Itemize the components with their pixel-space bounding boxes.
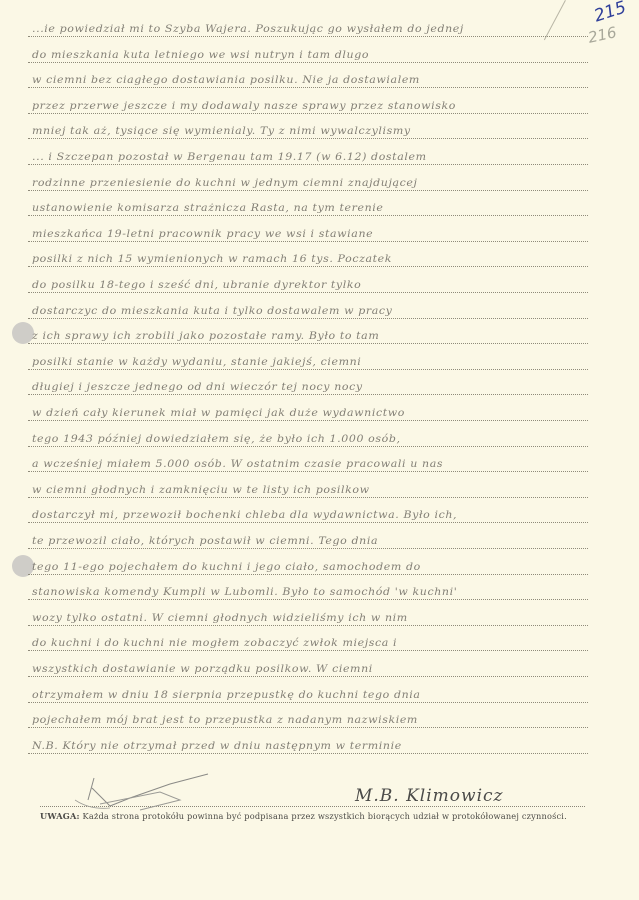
ruled-line (28, 676, 588, 677)
page-number-stamp: 215 (592, 0, 629, 27)
ruled-line (28, 702, 588, 703)
ruled-line (28, 164, 588, 165)
handwritten-line: dostarczył mi, przewoził bochenki chleba… (28, 500, 588, 526)
handwritten-text: do mieszkania kuta letniego we wsi nutry… (32, 48, 369, 60)
handwritten-line: przez przerwe jeszcze i my dodawaly nasz… (28, 91, 588, 117)
ruled-line (28, 292, 588, 293)
ruled-line (28, 138, 588, 139)
ruled-line (28, 113, 588, 114)
handwritten-text: posilki z nich 15 wymienionych w ramach … (32, 253, 392, 265)
handwritten-text: wozy tylko ostatni. W ciemni głodnych wi… (32, 611, 408, 623)
handwritten-line: N.B. Który nie otrzymał przed w dniu nas… (28, 731, 588, 757)
handwritten-text: w dzień cały kierunek miał w pamięci jak… (32, 407, 405, 419)
handwritten-text: mniej tak aż, tysiące się wymienialy. Ty… (32, 125, 411, 137)
footer-note-text: Każda strona protokółu powinna być podpi… (83, 811, 567, 821)
handwritten-text: otrzymałem w dniu 18 sierpnia przepustkę… (32, 688, 421, 700)
handwritten-text: rodzinne przeniesienie do kuchni w jedny… (32, 176, 418, 188)
handwritten-line: posilki stanie w każdy wydaniu, stanie j… (28, 347, 588, 373)
handwritten-line: w ciemni bez ciagłego dostawiania posilk… (28, 65, 588, 91)
ruled-line (28, 190, 588, 191)
ruled-line (28, 266, 588, 267)
handwritten-line: pojechałem mój brat jest to przepustka z… (28, 705, 588, 731)
handwritten-line: wozy tylko ostatni. W ciemni głodnych wi… (28, 603, 588, 629)
ruled-line (28, 87, 588, 88)
handwritten-text: ... i Szczepan pozostał w Bergenau tam 1… (32, 151, 427, 163)
handwritten-text: ustanowienie komisarza strażnicza Rasta,… (32, 202, 384, 214)
right-signature: M.B. Klimowicz (355, 786, 504, 806)
ruled-line (28, 522, 588, 523)
ruled-line (28, 318, 588, 319)
ruled-line (28, 369, 588, 370)
handwritten-text: tego 1943 później dowiedziałem się, że b… (32, 432, 401, 444)
handwritten-text: te przewozil ciało, których postawił w c… (32, 535, 378, 547)
handwritten-text: tego 11-ego pojechałem do kuchni i jego … (32, 560, 421, 572)
handwritten-line: do kuchni i do kuchni nie mogłem zobaczy… (28, 628, 588, 654)
handwritten-line: wszystkich dostawianie w porządku posilk… (28, 654, 588, 680)
handwritten-line: tego 11-ego pojechałem do kuchni i jego … (28, 552, 588, 578)
ruled-line (28, 599, 588, 600)
ruled-line (28, 625, 588, 626)
handwritten-text: mieszkańca 19-letni pracownik pracy we w… (32, 227, 373, 239)
handwritten-line: te przewozil ciało, których postawił w c… (28, 526, 588, 552)
ruled-line (28, 727, 588, 728)
handwritten-line: długiej i jeszcze jednego od dni wieczór… (28, 372, 588, 398)
handwritten-line: posilki z nich 15 wymienionych w ramach … (28, 244, 588, 270)
footer-note-label: UWAGA: (40, 811, 80, 821)
handwritten-text: do posilku 18-tego i sześć dni, ubranie … (32, 279, 361, 291)
handwritten-line: tego 1943 później dowiedziałem się, że b… (28, 424, 588, 450)
page-number-pencil: 216 (586, 23, 618, 47)
handwritten-text: dostarczył mi, przewoził bochenki chleba… (32, 509, 457, 521)
handwritten-text: stanowiska komendy Kumpli w Lubomli. Był… (32, 586, 457, 598)
ruled-line (28, 215, 588, 216)
handwritten-text: w ciemni głodnych i zamknięciu w te list… (32, 483, 370, 495)
handwritten-text: N.B. Który nie otrzymał przed w dniu nas… (32, 739, 402, 751)
ruled-line (28, 497, 588, 498)
handwritten-line: stanowiska komendy Kumpli w Lubomli. Był… (28, 577, 588, 603)
handwritten-text: długiej i jeszcze jednego od dni wieczór… (32, 381, 363, 393)
ruled-line (28, 650, 588, 651)
handwritten-line: z ich sprawy ich zrobili jako pozostałe … (28, 321, 588, 347)
handwritten-text: a wcześniej miałem 5.000 osób. W ostatni… (32, 458, 443, 470)
handwritten-text: wszystkich dostawianie w porządku posilk… (32, 663, 373, 675)
ruled-line (28, 62, 588, 63)
ruled-line (28, 241, 588, 242)
handwritten-line: do posilku 18-tego i sześć dni, ubranie … (28, 270, 588, 296)
handwritten-text: dostarczyc do mieszkania kuta i tylko do… (32, 304, 392, 316)
handwritten-text: do kuchni i do kuchni nie mogłem zobaczy… (32, 637, 397, 649)
handwritten-text: ...ie powiedział mi to Szyba Wajera. Pos… (32, 23, 464, 35)
ruled-line (28, 446, 588, 447)
handwritten-line: do mieszkania kuta letniego we wsi nutry… (28, 40, 588, 66)
handwritten-text: pojechałem mój brat jest to przepustka z… (32, 714, 418, 726)
ruled-line (28, 471, 588, 472)
ruled-line (28, 394, 588, 395)
ruled-line (28, 753, 588, 754)
handwritten-text: posilki stanie w każdy wydaniu, stanie j… (32, 355, 361, 367)
handwritten-text: przez przerwe jeszcze i my dodawaly nasz… (32, 99, 456, 111)
document-page: 215 216 ...ie powiedział mi to Szyba Waj… (0, 0, 639, 900)
left-signature (70, 770, 260, 814)
ruled-line (28, 420, 588, 421)
ruled-line (28, 36, 588, 37)
handwritten-line: dostarczyc do mieszkania kuta i tylko do… (28, 296, 588, 322)
handwritten-line: ustanowienie komisarza strażnicza Rasta,… (28, 193, 588, 219)
handwritten-line: mieszkańca 19-letni pracownik pracy we w… (28, 219, 588, 245)
handwritten-line: w ciemni głodnych i zamknięciu w te list… (28, 475, 588, 501)
handwritten-line: otrzymałem w dniu 18 sierpnia przepustkę… (28, 680, 588, 706)
handwritten-line: ...ie powiedział mi to Szyba Wajera. Pos… (28, 14, 588, 40)
ruled-line (28, 548, 588, 549)
handwritten-line: ... i Szczepan pozostał w Bergenau tam 1… (28, 142, 588, 168)
handwritten-line: rodzinne przeniesienie do kuchni w jedny… (28, 168, 588, 194)
ruled-line (28, 343, 588, 344)
handwritten-line: w dzień cały kierunek miał w pamięci jak… (28, 398, 588, 424)
handwritten-text: z ich sprawy ich zrobili jako pozostałe … (32, 330, 379, 342)
ruled-line (28, 574, 588, 575)
handwritten-line: mniej tak aż, tysiące się wymienialy. Ty… (28, 116, 588, 142)
handwritten-line: a wcześniej miałem 5.000 osób. W ostatni… (28, 449, 588, 475)
handwritten-text: w ciemni bez ciagłego dostawiania posilk… (32, 74, 420, 86)
footer-note: UWAGA: Każda strona protokółu powinna by… (40, 811, 567, 821)
